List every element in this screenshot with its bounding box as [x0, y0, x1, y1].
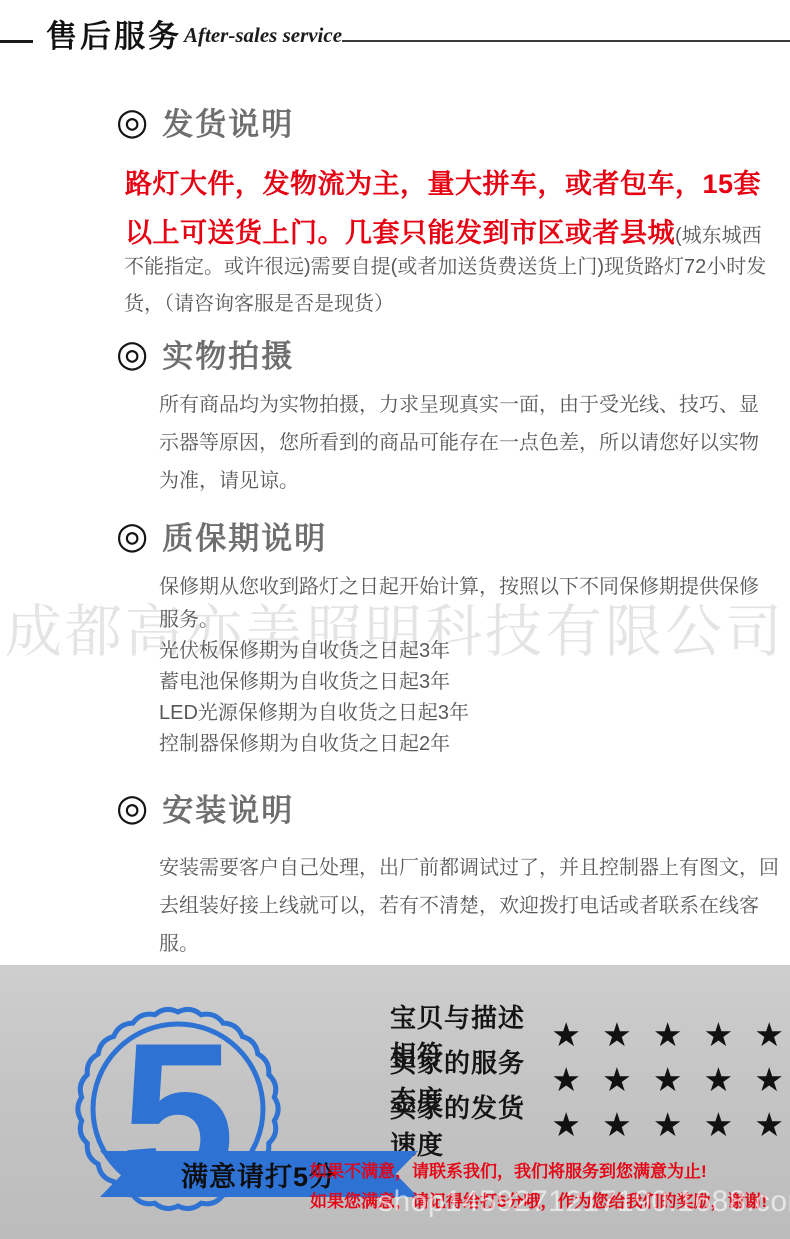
header-right-rule: [342, 40, 790, 42]
shipping-highlight-text: 路灯大件，发物流为主，量大拼车，或者包车，15套 以上可送货上门。几套只能发到市…: [125, 160, 773, 261]
header-left-rule: [0, 40, 33, 43]
page-title-en: After-sales service: [184, 23, 342, 48]
rating-footer: 5 满意请打5分 宝贝与描述相符 ★ ★ ★ ★ ★ 卖家的服务态度 ★ ★ ★…: [0, 965, 790, 1239]
after-sales-page: 售后服务 After-sales service 成都高亦美照明科技有限公司 ◎…: [0, 0, 790, 1239]
shop-url-watermark: shop1459271217190.1688.com: [378, 1185, 790, 1219]
section-shipping-heading: ◎ 发货说明: [116, 99, 294, 144]
section-title: 发货说明: [162, 99, 294, 144]
shipping-highlight-suffix: (城东城西: [675, 225, 762, 247]
section-install-heading: ◎ 安装说明: [116, 785, 294, 830]
five-stars-icon: ★ ★ ★ ★ ★: [551, 1105, 790, 1144]
shipping-highlight-line1: 路灯大件，发物流为主，量大拼车，或者包车，15套: [125, 160, 773, 209]
five-stars-icon: ★ ★ ★ ★ ★: [551, 1060, 790, 1099]
section-title: 实物拍摄: [162, 331, 294, 376]
photos-body-text: 所有商品均为实物拍摄，力求呈现真实一面，由于受光线、技巧、显示器等原因，您所看到…: [159, 386, 773, 500]
five-star-badge: 5 满意请打5分: [70, 1001, 286, 1217]
section-warranty-heading: ◎ 质保期说明: [116, 513, 327, 558]
section-title: 质保期说明: [162, 513, 327, 558]
shipping-body-text: 不能指定。或许很远)需要自提(或者加送货费送货上门)现货路灯72小时发货，（请咨…: [124, 249, 769, 323]
bullseye-icon: ◎: [116, 103, 148, 140]
install-body-text: 安装需要客户自己处理，出厂前都调试过了，并且控制器上有图文，回去组装好接上线就可…: [159, 849, 787, 963]
warranty-item: 光伏板保修期为自收货之日起3年: [159, 636, 469, 667]
warranty-item: LED光源保修期为自收货之日起3年: [159, 698, 469, 729]
bullseye-icon: ◎: [116, 789, 148, 826]
rating-label: 卖家的发货速度: [390, 1088, 537, 1162]
note-line: 如果不满意，请联系我们，我们将服务到您满意为止!: [310, 1157, 767, 1187]
page-title: 售后服务: [46, 11, 182, 56]
rating-rows: 宝贝与描述相符 ★ ★ ★ ★ ★ 卖家的服务态度 ★ ★ ★ ★ ★ 卖家的发…: [390, 1012, 790, 1147]
warranty-item: 控制器保修期为自收货之日起2年: [159, 729, 469, 760]
warranty-list: 光伏板保修期为自收货之日起3年 蓄电池保修期为自收货之日起3年 LED光源保修期…: [159, 636, 469, 760]
rating-row-speed: 卖家的发货速度 ★ ★ ★ ★ ★: [390, 1102, 790, 1147]
bullseye-icon: ◎: [116, 335, 148, 372]
section-photos-heading: ◎ 实物拍摄: [116, 331, 294, 376]
bullseye-icon: ◎: [116, 517, 148, 554]
warranty-item: 蓄电池保修期为自收货之日起3年: [159, 667, 469, 698]
five-stars-icon: ★ ★ ★ ★ ★: [551, 1015, 790, 1054]
warranty-body-text: 保修期从您收到路灯之日起开始计算，按照以下不同保修期提供保修服务。: [159, 571, 775, 637]
section-title: 安装说明: [162, 785, 294, 830]
